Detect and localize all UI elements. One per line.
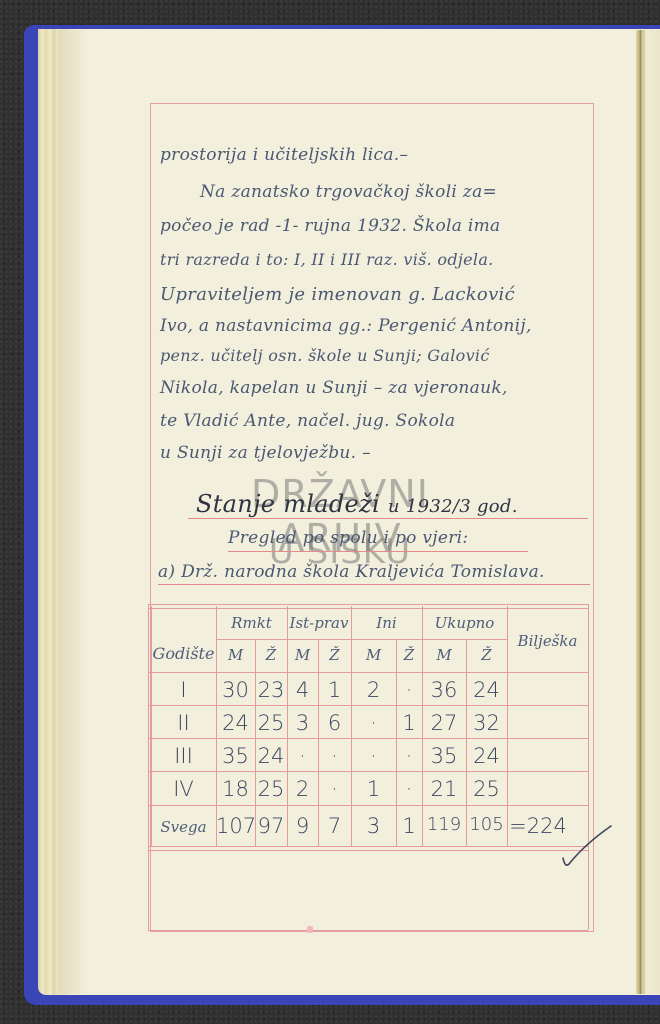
subtitle-underline	[228, 551, 528, 552]
title-suffix: u 1932/3 god.	[388, 496, 518, 517]
cell-value: 105	[466, 814, 507, 835]
sub-header-z: Ž	[255, 646, 287, 664]
text-line-5: Upraviteljem je imenovan g. Lacković	[160, 284, 515, 305]
cell-value: 6	[318, 711, 351, 735]
sub-header-z: Ž	[396, 646, 422, 664]
cell-value: 35	[422, 744, 466, 768]
cell-value: ·	[396, 744, 422, 768]
cell-value: 25	[255, 711, 287, 735]
row-year: I	[151, 678, 216, 702]
cell-value: 27	[422, 711, 466, 735]
cell-value: 23	[255, 678, 287, 702]
page-center-mark	[307, 926, 313, 933]
enrollment-table: Godište Rmkt Ist-prav Ini Ukupno Bilješk…	[148, 604, 588, 930]
checkmark-icon	[555, 820, 615, 870]
title-underline	[188, 518, 588, 519]
text-line-3: počeo je rad -1- rujna 1932. Škola ima	[160, 216, 500, 236]
cell-value: 32	[466, 711, 507, 735]
sub-header-m: M	[287, 646, 318, 664]
col-group-ini: Ini	[351, 614, 422, 632]
text-line-2: Na zanatsko trgovačkoj školi za=	[200, 182, 497, 202]
cell-value: ·	[318, 777, 351, 801]
cell-value: ·	[318, 744, 351, 768]
section-title: Stanje mladeži u 1932/3 god.	[196, 490, 518, 518]
cell-value: 107	[216, 814, 255, 838]
col-header-note: Bilješka	[507, 632, 588, 650]
text-line-6: Ivo, a nastavnicima gg.: Pergenić Antoni…	[160, 316, 532, 336]
sub-header-m: M	[422, 646, 466, 664]
cell-value: 1	[318, 678, 351, 702]
text-line-4: tri razreda i to: I, II i III raz. viš. …	[160, 250, 494, 269]
cell-value: 4	[287, 678, 318, 702]
cell-value: ·	[351, 744, 396, 768]
cell-value: 36	[422, 678, 466, 702]
school-section-label: a) Drž. narodna škola Kraljevića Tomisla…	[158, 562, 545, 582]
row-year: II	[151, 711, 216, 735]
cell-value: 2	[351, 678, 396, 702]
sub-header-m: M	[351, 646, 396, 664]
sub-header-z: Ž	[466, 646, 507, 664]
text-line-7: penz. učitelj osn. škole u Sunji; Galovi…	[160, 346, 490, 365]
cell-value: 25	[466, 777, 507, 801]
text-line-8: Nikola, kapelan u Sunji – za vjeronauk,	[160, 378, 508, 398]
cell-value: 119	[422, 814, 466, 835]
cell-value: 3	[287, 711, 318, 735]
cell-value: ·	[396, 678, 422, 702]
col-header-year: Godište	[151, 644, 216, 663]
cell-value: 9	[287, 814, 318, 838]
cell-value: ·	[351, 711, 396, 735]
cell-value: 97	[255, 814, 287, 838]
cell-value: 1	[351, 777, 396, 801]
text-line-10: u Sunji za tjelovježbu. –	[160, 443, 371, 463]
book-gutter	[636, 30, 660, 994]
cell-value: 30	[216, 678, 255, 702]
cell-value: ·	[396, 777, 422, 801]
cell-value: 24	[466, 678, 507, 702]
cell-value: 35	[216, 744, 255, 768]
col-group-ukupno: Ukupno	[422, 614, 507, 632]
row-year: III	[151, 744, 216, 768]
cell-value: ·	[287, 744, 318, 768]
cell-value: 24	[466, 744, 507, 768]
col-group-ist-prav: Ist-prav	[287, 614, 351, 632]
sub-header-z: Ž	[318, 646, 351, 664]
cell-value: 21	[422, 777, 466, 801]
section-underline	[158, 584, 590, 585]
subtitle: Pregled po spolu i po vjeri:	[228, 528, 468, 548]
cell-value: 1	[396, 711, 422, 735]
cell-value: 7	[318, 814, 351, 838]
cell-value: 1	[396, 814, 422, 838]
text-line-1: prostorija i učiteljskih lica.–	[160, 145, 408, 165]
cell-value: 24	[216, 711, 255, 735]
cell-value: 24	[255, 744, 287, 768]
row-year: IV	[151, 777, 216, 801]
text-line-9: te Vladić Ante, načel. jug. Sokola	[160, 411, 455, 431]
cell-value: 18	[216, 777, 255, 801]
title-main: Stanje mladeži	[196, 490, 380, 518]
cell-value: 25	[255, 777, 287, 801]
cell-value: 3	[351, 814, 396, 838]
total-label: Svega	[151, 818, 216, 836]
sub-header-m: M	[216, 646, 255, 664]
col-group-rmkt: Rmkt	[216, 614, 287, 632]
cell-value: 2	[287, 777, 318, 801]
page-shadow	[58, 30, 88, 994]
